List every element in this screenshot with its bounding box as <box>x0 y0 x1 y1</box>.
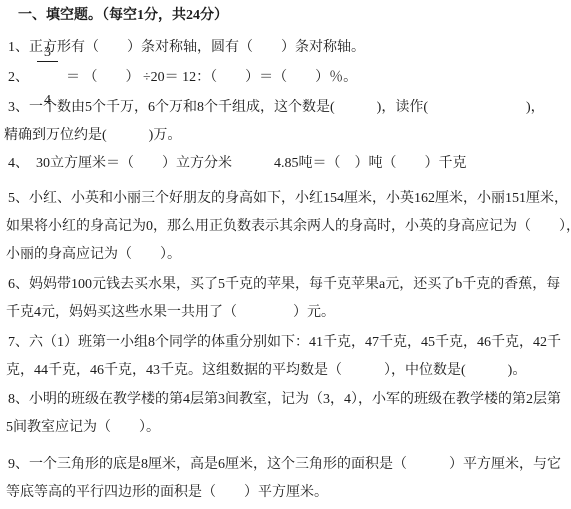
question-7-line-1: 7、六（1）班第一小组8个同学的体重分别如下：41千克，47千克，45千克，46… <box>8 335 561 351</box>
question-5-line-2: 如果将小红的身高记为0，那么用正负数表示其余两人的身高时，小英的身高应记为（ ）… <box>6 219 571 235</box>
question-3-line-1: 3、一个数由5个千万，6个万和8个千组成，这个数是( )，读作( )， <box>8 100 545 116</box>
question-9-line-1: 9、一个三角形的底是8厘米，高是6厘米，这个三角形的面积是（ ）平方厘米，与它 <box>8 457 561 473</box>
fraction-numerator: 3 <box>37 45 58 62</box>
question-5-line-3: 小丽的身高应记为（ ）。 <box>6 247 181 263</box>
question-8-line-2: 5间教室应记为（ ）。 <box>6 420 160 436</box>
question-6-line-1: 6、妈妈带100元钱去买水果，买了5千克的苹果，每千克苹果a元，还买了b千克的香… <box>8 277 560 293</box>
question-2: 2、 3 4 ＝ （ ） ÷20＝ 12：（ ）＝（ ）％。 <box>8 57 357 95</box>
question-3-line-2: 精确到万位约是( )万。 <box>4 128 181 144</box>
question-8-line-1: 8、小明的班级在教学楼的第4层第3间教室，记为（3，4），小军的班级在教学楼的第… <box>8 392 561 408</box>
question-2-number: 2、 <box>8 66 29 86</box>
question-5-line-1: 5、小红、小英和小丽三个好朋友的身高如下，小红154厘米，小英162厘米，小丽1… <box>8 191 568 207</box>
worksheet-page: 一、填空题。（每空1分，共24分） 1、正方形有（ ）条对称轴，圆有（ ）条对称… <box>0 0 571 509</box>
question-1: 1、正方形有（ ）条对称轴，圆有（ ）条对称轴。 <box>8 40 365 56</box>
fraction-three-fourths: 3 4 <box>37 15 58 138</box>
question-7-line-2: 克，44千克，46千克，43千克。这组数据的平均数是（ ），中位数是( )。 <box>6 363 526 379</box>
question-6-line-2: 千克4元，妈妈买这些水果一共用了（ ）元。 <box>6 305 335 321</box>
question-4: 4、 30立方厘米＝（ ）立方分米 4.85吨＝（ ）吨（ ）千克 <box>8 156 467 172</box>
question-2-rest: ＝ （ ） ÷20＝ 12：（ ）＝（ ）％。 <box>66 66 357 86</box>
question-9-line-2: 等底等高的平行四边形的面积是（ ）平方厘米。 <box>6 485 328 501</box>
